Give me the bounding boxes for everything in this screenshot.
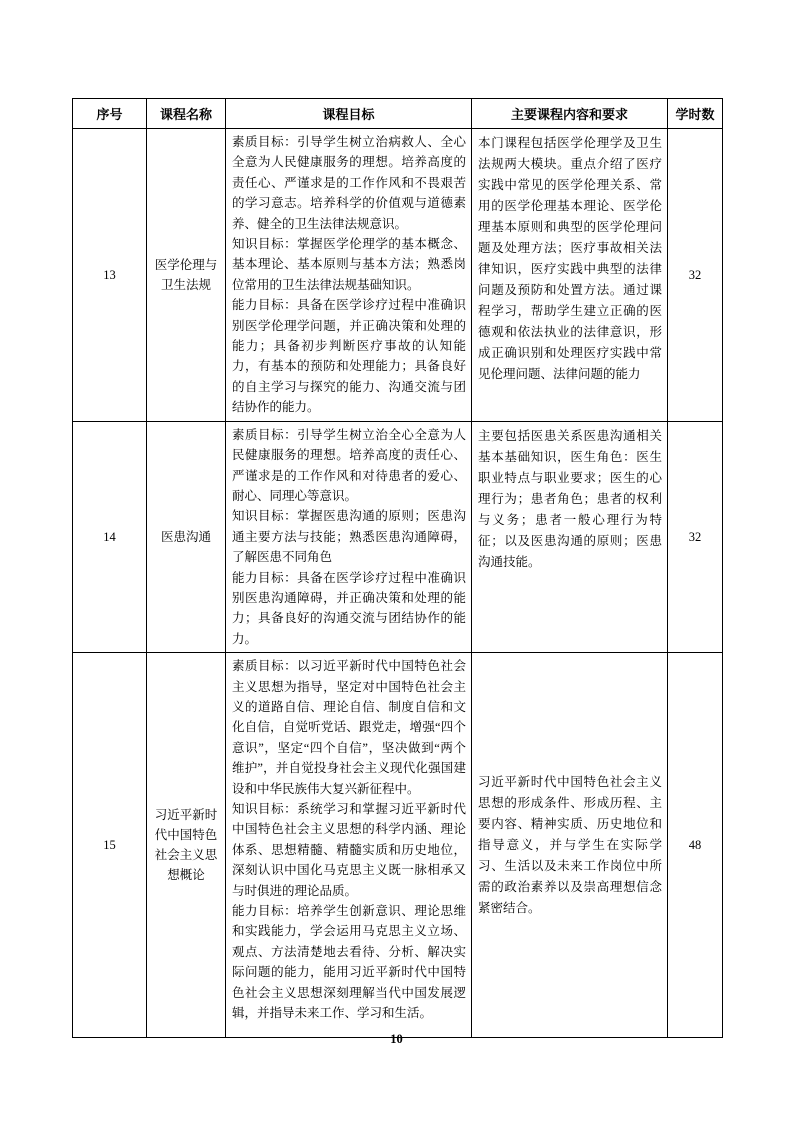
document-page: 序号 课程名称 课程目标 主要课程内容和要求 学时数 13 医学伦理与卫生法规 … [0, 0, 793, 1122]
objective-ability: 能力目标：具备在医学诊疗过程中准确识别医患沟通障碍，并正确决策和处理的能力；具备… [232, 568, 466, 650]
objective-ability: 能力目标：培养学生创新意识、理论思维和实践能力，学会运用马克思主义立场、观点、方… [232, 901, 466, 1023]
objective-knowledge: 知识目标：系统学习和掌握习近平新时代中国特色社会主义思想的科学内涵、理论体系、思… [232, 799, 466, 901]
cell-objectives: 素质目标：以习近平新时代中国特色社会主义思想为指导，坚定对中国特色社会主义的道路… [226, 653, 472, 1038]
objective-knowledge: 知识目标：掌握医患沟通的原则；医患沟通主要方法与技能；熟悉医患沟通障碍，了解医患… [232, 506, 466, 567]
objective-quality: 素质目标：引导学生树立治全心全意为人民健康服务的理想。培养高度的责任心、严谨求是… [232, 425, 466, 507]
page-number: 10 [0, 1032, 793, 1047]
cell-objectives: 素质目标：引导学生树立治全心全意为人民健康服务的理想。培养高度的责任心、严谨求是… [226, 421, 472, 652]
header-hours: 学时数 [668, 99, 723, 129]
table-header-row: 序号 课程名称 课程目标 主要课程内容和要求 学时数 [73, 99, 723, 129]
table-row: 15 习近平新时代中国特色社会主义思想概论 素质目标：以习近平新时代中国特色社会… [73, 653, 723, 1038]
cell-course-name: 医患沟通 [147, 421, 226, 652]
cell-objectives: 素质目标：引导学生树立治病救人、全心全意为人民健康服务的理想。培养高度的责任心、… [226, 129, 472, 422]
cell-content: 本门课程包括医学伦理学及卫生法规两大模块。重点介绍了医疗实践中常见的医学伦理关系… [472, 129, 668, 422]
table-row: 13 医学伦理与卫生法规 素质目标：引导学生树立治病救人、全心全意为人民健康服务… [73, 129, 723, 422]
objective-quality: 素质目标：以习近平新时代中国特色社会主义思想为指导，坚定对中国特色社会主义的道路… [232, 656, 466, 799]
cell-course-name: 习近平新时代中国特色社会主义思想概论 [147, 653, 226, 1038]
header-objectives: 课程目标 [226, 99, 472, 129]
cell-index: 14 [73, 421, 147, 652]
objective-ability: 能力目标：具备在医学诊疗过程中准确识别医学伦理学问题，并正确决策和处理的能力；具… [232, 295, 466, 417]
cell-index: 15 [73, 653, 147, 1038]
objective-quality: 素质目标：引导学生树立治病救人、全心全意为人民健康服务的理想。培养高度的责任心、… [232, 132, 466, 234]
header-content: 主要课程内容和要求 [472, 99, 668, 129]
cell-content: 主要包括医患关系医患沟通相关基本基础知识，医生角色：医生职业特点与职业要求；医生… [472, 421, 668, 652]
cell-hours: 48 [668, 653, 723, 1038]
course-table: 序号 课程名称 课程目标 主要课程内容和要求 学时数 13 医学伦理与卫生法规 … [72, 98, 723, 1038]
cell-content: 习近平新时代中国特色社会主义思想的形成条件、形成历程、主要内容、精神实质、历史地… [472, 653, 668, 1038]
header-index: 序号 [73, 99, 147, 129]
objective-knowledge: 知识目标：掌握医学伦理学的基本概念、基本理论、基本原则与基本方法；熟悉岗位常用的… [232, 234, 466, 295]
cell-course-name: 医学伦理与卫生法规 [147, 129, 226, 422]
table-row: 14 医患沟通 素质目标：引导学生树立治全心全意为人民健康服务的理想。培养高度的… [73, 421, 723, 652]
header-course-name: 课程名称 [147, 99, 226, 129]
cell-hours: 32 [668, 421, 723, 652]
cell-index: 13 [73, 129, 147, 422]
cell-hours: 32 [668, 129, 723, 422]
